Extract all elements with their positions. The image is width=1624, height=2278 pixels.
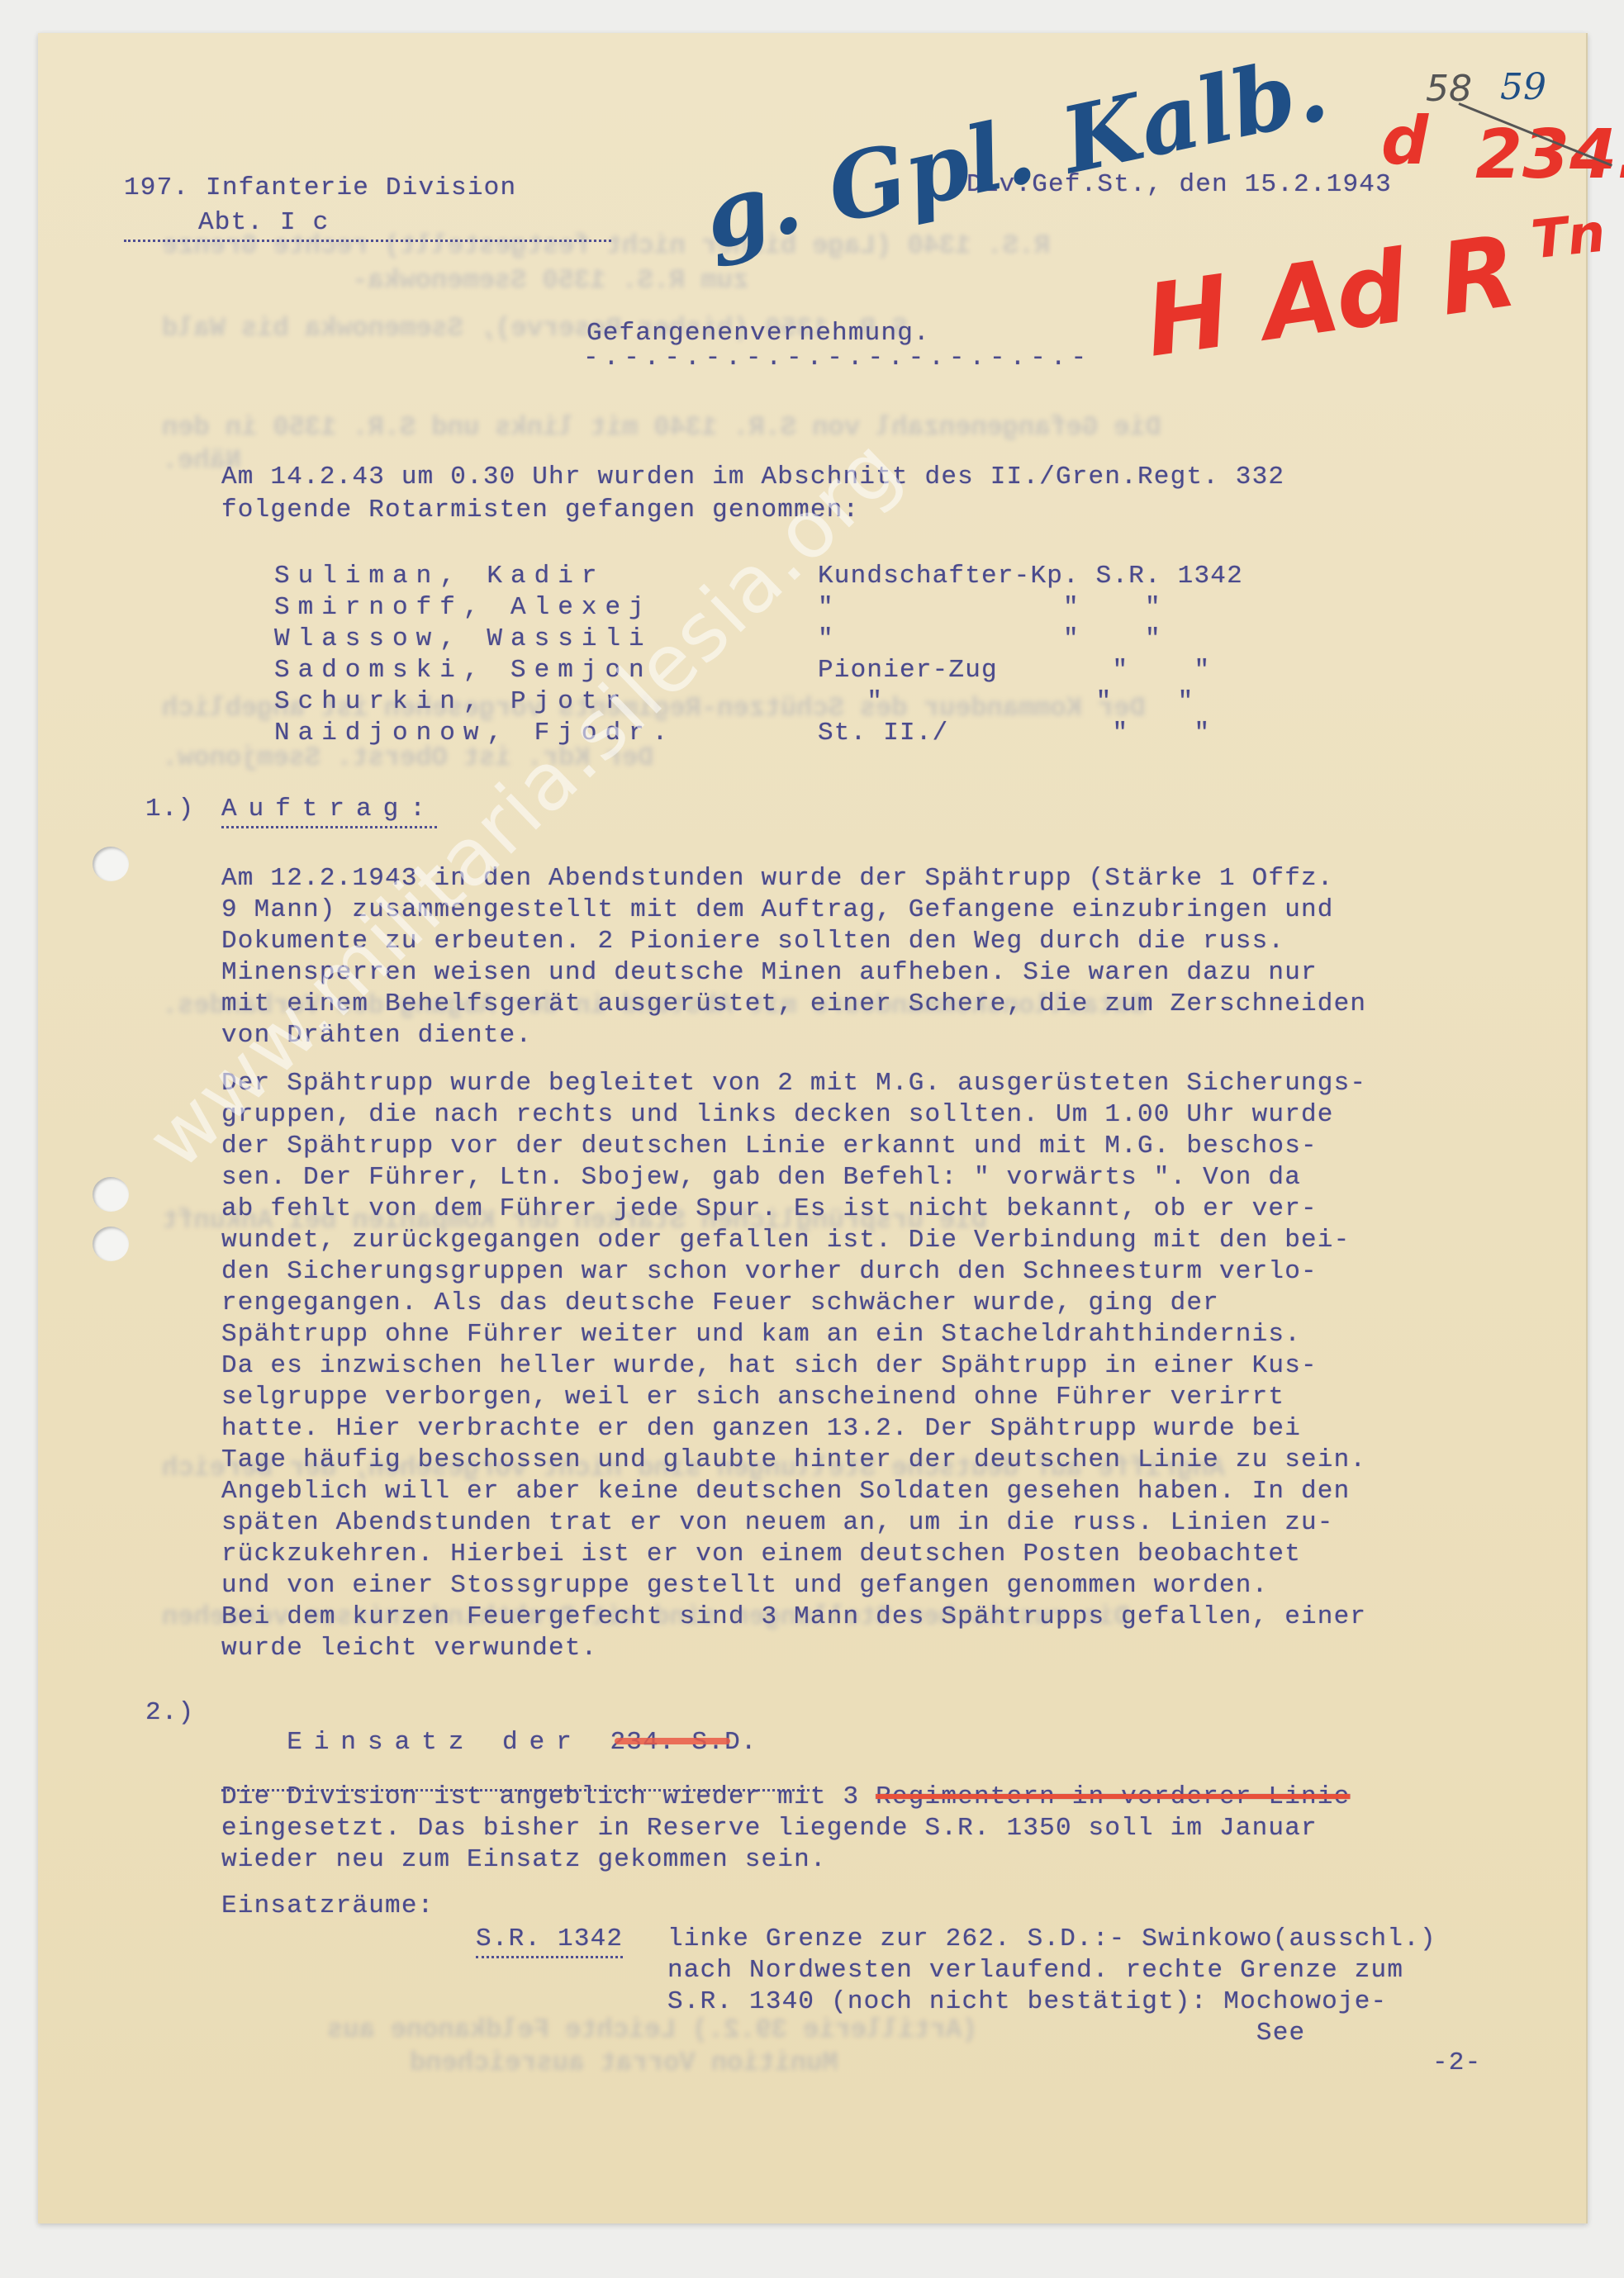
bleed-through-text: Munition Vorrat ausreichend [410,2048,838,2078]
intro-line: folgende Rotarmisten gefangen genommen: [221,496,859,525]
text-line: sen. Der Führer, Ltn. Sbojew, gab den Be… [221,1163,1301,1193]
text-line: selgruppe verborgen, weil er sich ansche… [221,1383,1284,1412]
text-line: eingesetzt. Das bisher in Reserve liegen… [221,1814,1318,1844]
red-pencil-mark: d [1381,102,1428,179]
prisoner-unit: St. II./ " " [818,719,1210,748]
einsatzraeume-label: Einsatzräume: [221,1891,434,1921]
text-line: Dokumente zu erbeuten. 2 Pioniere sollte… [221,927,1284,956]
section-heading-prefix: Einsatz der [287,1728,610,1757]
text-line: Tage häufig beschossen und glaubte hinte… [221,1445,1366,1475]
section-number: 2.) [145,1698,194,1728]
title-underline: -.-.-.-.-.-.-.-.-.-.-.-.- [583,344,1091,373]
prisoner-name: Smirnoff, Alexej [274,593,653,623]
prisoner-unit: Kundschafter-Kp. S.R. 1342 [818,562,1243,591]
red-pencil-234: 234. [1475,116,1624,194]
red-pencil-underline [615,1738,730,1744]
unit-name: 197. Infanterie Division [124,173,516,203]
prisoner-name: Sadomski, Semjon [274,656,653,686]
archive-number: 59 [1500,66,1546,108]
section-heading: Auftrag: [221,795,437,828]
text-line: rückzukehren. Hierbei ist er von einem d… [221,1540,1301,1569]
text-line: und von einer Stossgruppe gestellt und g… [221,1571,1268,1601]
punch-hole [93,1177,129,1212]
document-page: R.S. 1340 (Lage bisher nicht festgestell… [38,33,1588,2223]
text-line: Der Spähtrupp wurde begleitet von 2 mit … [221,1069,1366,1099]
section-number: 1.) [145,795,194,824]
text-line: hatte. Hier verbrachte er den ganzen 13.… [221,1414,1301,1444]
prisoner-name: Schurkin, Pjotr [274,687,629,717]
punch-hole [93,847,129,881]
text-line: späten Abendstunden trat er von neuem an… [221,1508,1334,1538]
text-line: wieder neu zum Einsatz gekommen sein. [221,1845,827,1875]
text-line: Da es inzwischen heller wurde, hat sich … [221,1351,1318,1381]
text-line: von Drähten diente. [221,1021,532,1051]
bleed-through-text: Die Gefangenenzahl von S.R. 1340 mit lin… [162,413,1161,443]
text-line: linke Grenze zur 262. S.D.:- Swinkowo(au… [667,1924,1436,1954]
text-line: Die Division ist angeblich wieder mit 3 … [221,1782,1350,1812]
text-line: 9 Mann) zusammengestellt mit dem Auftrag… [221,895,1334,925]
text-line: Am 12.2.1943 in den Abendstunden wurde d… [221,864,1334,894]
prisoner-unit: " " " [818,624,1161,654]
archive-number-crossed: 58 [1426,68,1472,110]
section-heading: Einsatz der 234. S.D. [221,1698,816,1792]
prisoner-name: Suliman, Kadir [274,562,605,591]
text-line: rengegangen. Als das deutsche Feuer schw… [221,1288,1219,1318]
prisoner-unit: " " " [818,593,1161,623]
department: Abt. I c [124,208,611,242]
text-line: See [667,2019,1305,2048]
bleed-through-text: zum R.S. 1350 Ssemenowka- [352,266,748,296]
prisoner-name: Naidjonow, Fjodr. [274,719,676,748]
text-line: nach Nordwesten verlaufend. rechte Grenz… [667,1956,1403,1986]
text-line: ab fehlt von dem Führer jede Spur. Es is… [221,1194,1318,1224]
text-line: Angeblich will er aber keine deutschen S… [221,1477,1350,1507]
red-pencil-initials: H Ad R [1139,214,1524,379]
red-pencil-mark-right: Tn [1528,203,1607,272]
prisoner-name: Wlassow, Wassili [274,624,653,654]
struck-text: Regimentern in vorderer Linie [876,1782,1350,1811]
prisoner-unit: Pionier-Zug " " [818,656,1210,686]
text-line: Bei dem kurzen Feuergefecht sind 3 Mann … [221,1602,1366,1632]
intro-line: Am 14.2.43 um 0.30 Uhr wurden im Abschni… [221,463,1284,492]
regiment-label: S.R. 1342 [476,1924,623,1958]
text-line: wurde leicht verwundet. [221,1634,597,1663]
text-line: mit einem Behelfsgerät ausgerüstet, eine… [221,990,1366,1019]
punch-hole [93,1227,129,1261]
page-number: -2- [1432,2048,1481,2078]
text-line: S.R. 1340 (noch nicht bestätigt): Mochow… [667,1987,1387,2017]
text-line: Spähtrupp ohne Führer weiter und kam an … [221,1320,1301,1350]
text-line: den Sicherungsgruppen war schon vorher d… [221,1257,1318,1287]
text-line: wundet, zurückgegangen oder gefallen ist… [221,1226,1350,1255]
text-line: der Spähtrupp vor der deutschen Linie er… [221,1132,1318,1161]
text-line: Minensperren weisen und deutsche Minen a… [221,958,1318,988]
prisoner-unit: " " " [818,687,1194,717]
text-kept: Die Division ist angeblich wieder mit 3 [221,1782,876,1811]
text-line: gruppen, die nach rechts und links decke… [221,1100,1334,1130]
